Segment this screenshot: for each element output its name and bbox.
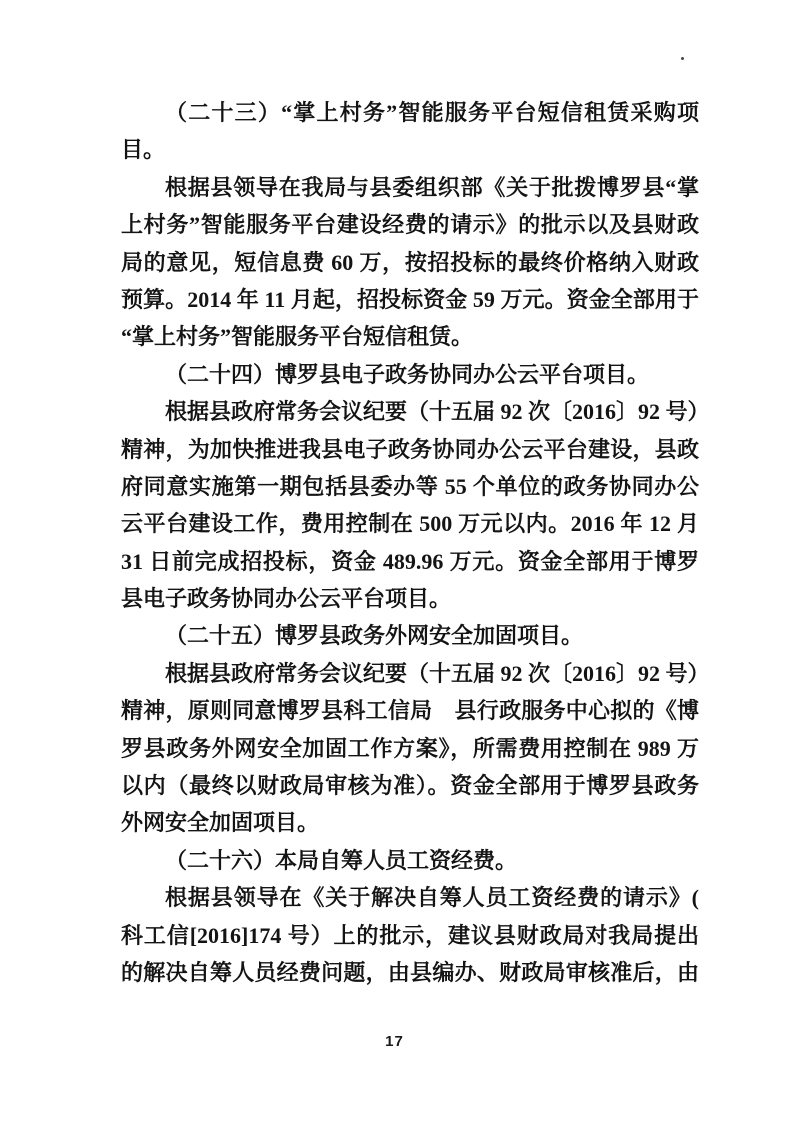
doc-line: 局的意见，短信息费 60 万，按招投标的最终价格纳入财政 [121,244,699,281]
section-heading-24: （二十四）博罗县电子政务协同办公云平台项目。 [121,356,699,393]
doc-line: 预算。2014 年 11 月起，招投标资金 59 万元。资金全部用于 [121,281,699,318]
doc-line: 以内（最终以财政局审核为准）。资金全部用于博罗县政务 [121,767,699,804]
doc-line: 精神，为加快推进我县电子政务协同办公云平台建设，县政 [121,431,699,468]
doc-line: 云平台建设工作，费用控制在 500 万元以内。2016 年 12 月 [121,505,699,542]
section-heading-25: （二十五）博罗县政务外网安全加固项目。 [121,617,699,654]
doc-line: 的解决自筹人员经费问题，由县编办、财政局审核准后，由 [121,954,699,991]
doc-line: 根据县领导在《关于解决自筹人员工资经费的请示》( 博 [121,879,699,916]
section-heading-23-line2: 目。 [121,131,699,168]
scan-speck [681,57,684,60]
doc-line: 府同意实施第一期包括县委办等 55 个单位的政务协同办公 [121,468,699,505]
page-number: 17 [0,1033,789,1050]
section-heading-23-line1: （二十三）“掌上村务”智能服务平台短信租赁采购项 [121,94,699,131]
doc-line: 根据县领导在我局与县委组织部《关于批拨博罗县“掌 [121,169,699,206]
doc-line: 科工信[2016]174 号）上的批示，建议县财政局对我局提出 [121,917,699,954]
doc-line: “掌上村务”智能服务平台短信租赁。 [121,318,699,355]
document-page: （二十三）“掌上村务”智能服务平台短信租赁采购项 目。 根据县领导在我局与县委组… [0,0,789,1121]
section-heading-26: （二十六）本局自筹人员工资经费。 [121,842,699,879]
document-body: （二十三）“掌上村务”智能服务平台短信租赁采购项 目。 根据县领导在我局与县委组… [121,94,699,991]
doc-line: 外网安全加固项目。 [121,804,699,841]
doc-line: 精神，原则同意博罗县科工信局 县行政服务中心拟的《博 [121,692,699,729]
doc-line: 县电子政务协同办公云平台项目。 [121,580,699,617]
doc-line: 上村务”智能服务平台建设经费的请示》的批示以及县财政 [121,206,699,243]
doc-line: 罗县政务外网安全加固工作方案》，所需费用控制在 989 万 [121,730,699,767]
doc-line: 31 日前完成招投标，资金 489.96 万元。资金全部用于博罗 [121,543,699,580]
doc-line: 根据县政府常务会议纪要（十五届 92 次〔2016〕92 号） [121,655,699,692]
doc-line: 根据县政府常务会议纪要（十五届 92 次〔2016〕92 号） [121,393,699,430]
